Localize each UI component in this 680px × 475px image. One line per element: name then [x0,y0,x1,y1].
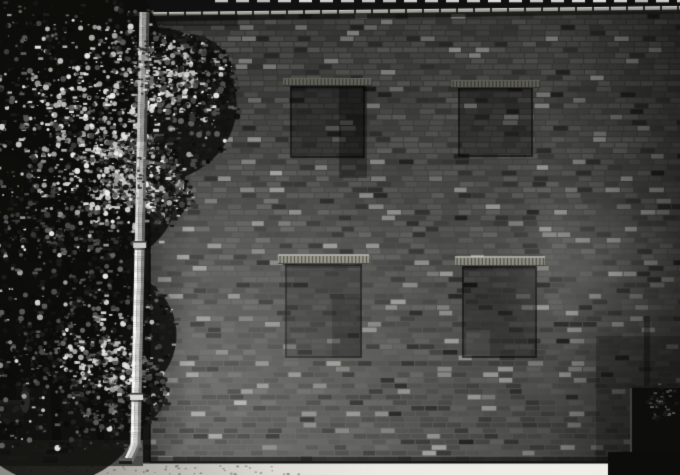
brick-wall-photo-canvas [0,0,680,475]
photograph [0,0,680,475]
